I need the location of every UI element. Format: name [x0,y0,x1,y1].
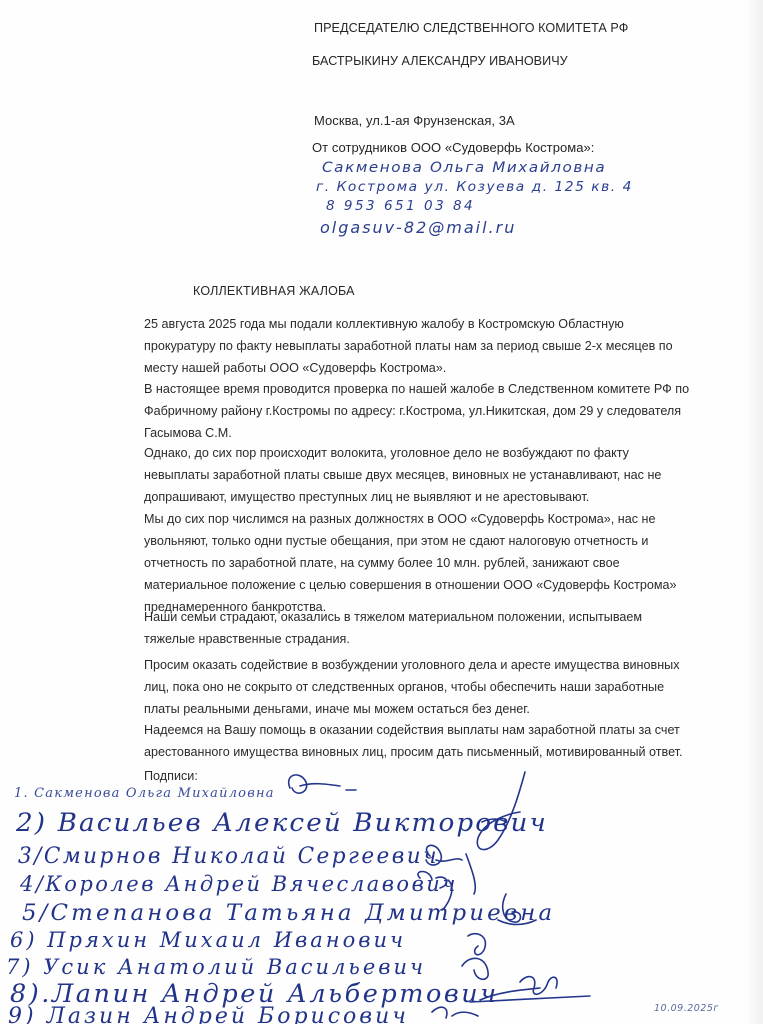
signature-scrawls [0,760,763,1024]
signature-date: 10.09.2025г [654,1003,719,1014]
addressee-line-2: БАСТРЫКИНУ АЛЕКСАНДРУ ИВАНОВИЧУ [312,54,568,68]
text-line: Просим оказать содействие в возбуждении … [144,654,724,676]
text-line: месту нашей работы ООО «Судоверфь Костро… [144,357,724,379]
scanned-document-page: ПРЕДСЕДАТЕЛЮ СЛЕДСТВЕННОГО КОМИТЕТА РФ Б… [0,0,763,1024]
text-line: Однако, до сих пор происходит волокита, … [144,442,724,464]
text-line: отчетность по заработной плате, на сумму… [144,552,724,574]
document-title: КОЛЛЕКТИВНАЯ ЖАЛОБА [193,284,355,298]
sender-handwritten-address: г. Кострома ул. Козуева д. 125 кв. 4 [316,179,633,195]
addressee-address: Москва, ул.1-ая Фрунзенская, 3А [314,113,515,128]
paragraph-7: Надеемся на Вашу помощь в оказании содей… [144,719,724,763]
sender-handwritten-email: olgasuv-82@mail.ru [320,218,516,237]
text-line: материальное положение с целью совершени… [144,574,724,596]
text-line: допрашивают, имущество преступных лиц не… [144,486,724,508]
text-line: Надеемся на Вашу помощь в оказании содей… [144,719,724,741]
text-line: прокуратуру по факту невыплаты заработно… [144,335,724,357]
text-line: Гасымова С.М. [144,422,724,444]
text-line: увольняют, только одни пустые обещания, … [144,530,724,552]
paragraph-3: Однако, до сих пор происходит волокита, … [144,442,724,508]
text-line: платы реальными деньгами, иначе мы можем… [144,698,724,720]
paragraph-4: Мы до сих пор числимся на разных должнос… [144,508,724,618]
text-line: Наши семьи страдают, оказались в тяжелом… [144,606,724,628]
text-line: лиц, пока оно не сокрыто от следственных… [144,676,724,698]
text-line: невыплаты заработной платы свыше двух ме… [144,464,724,486]
text-line: Фабричному району г.Костромы по адресу: … [144,400,724,422]
text-line: тяжелые нравственные страдания. [144,628,724,650]
sender-handwritten-name: Сакменова Ольга Михайловна [322,160,606,176]
text-line: 25 августа 2025 года мы подали коллектив… [144,313,724,335]
sender-handwritten-phone: 8 953 651 03 84 [326,198,475,214]
paragraph-2: В настоящее время проводится проверка по… [144,378,724,444]
text-line: Мы до сих пор числимся на разных должнос… [144,508,724,530]
paragraph-1: 25 августа 2025 года мы подали коллектив… [144,313,724,379]
paragraph-5: Наши семьи страдают, оказались в тяжелом… [144,606,724,650]
paragraph-6: Просим оказать содействие в возбуждении … [144,654,724,720]
sender-label: От сотрудников ООО «Судоверфь Кострома»: [312,140,594,155]
text-line: В настоящее время проводится проверка по… [144,378,724,400]
addressee-line-1: ПРЕДСЕДАТЕЛЮ СЛЕДСТВЕННОГО КОМИТЕТА РФ [314,21,628,35]
